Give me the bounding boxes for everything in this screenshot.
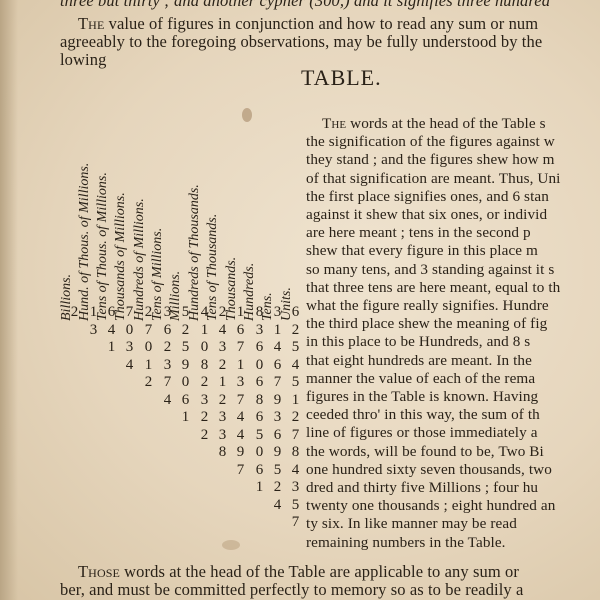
table-digit: 0 — [178, 374, 193, 391]
text-line: of that signification are meant. Thus, U… — [306, 170, 560, 188]
table-digit: 3 — [197, 392, 212, 409]
table-digit: 2 — [215, 357, 230, 374]
text-line: agreeably to the foregoing observations,… — [60, 32, 542, 52]
text-line: line of figures or those immediately a — [306, 424, 538, 442]
text-line: value of figures in conjunction and how … — [104, 14, 538, 33]
table-digit: 1 — [233, 304, 248, 321]
table-digit: 2 — [197, 374, 212, 391]
table-digit: 4 — [122, 357, 137, 374]
table-digit: 1 — [215, 374, 230, 391]
text-line: one hundred sixty seven thousands, two — [306, 461, 552, 479]
table-digit: 0 — [122, 322, 137, 339]
table-digit: 9 — [178, 357, 193, 374]
table-digit: 1 — [197, 322, 212, 339]
table-digit: 9 — [233, 444, 248, 461]
table-digit: 3 — [160, 304, 175, 321]
table-digit: 2 — [141, 374, 156, 391]
table-digit: 1 — [288, 392, 303, 409]
table-digit: 4 — [288, 462, 303, 479]
table-digit: 0 — [141, 339, 156, 356]
column-header: Hund. of Thous. of Millions. — [77, 163, 93, 321]
text-line: ber, and must be committed perfectly to … — [60, 580, 523, 600]
table-digit: 3 — [215, 409, 230, 426]
table-digit: 5 — [178, 304, 193, 321]
table-digit: 6 — [160, 322, 175, 339]
table-digit: 6 — [178, 392, 193, 409]
text-line: three but thirty ; and another cypher (3… — [60, 0, 550, 11]
text-line: are here meant ; tens in the second p — [306, 224, 531, 242]
table-digit: 2 — [67, 304, 82, 321]
text-line: ty six. In like manner may be read — [306, 515, 517, 533]
table-digit: 1 — [178, 409, 193, 426]
table-digit: 6 — [252, 409, 267, 426]
page-gutter-shadow — [0, 0, 18, 600]
text-line: remaining numbers in the Table. — [306, 534, 506, 552]
text-line: that eight hundreds are meant. In the — [306, 352, 532, 370]
paragraph-lead: The — [78, 14, 104, 33]
table-digit: 2 — [197, 409, 212, 426]
table-digit: 0 — [197, 339, 212, 356]
table-digit: 8 — [215, 444, 230, 461]
column-header: Thousands of Millions. — [113, 192, 129, 321]
table-digit: 9 — [270, 444, 285, 461]
table-digit: 6 — [252, 374, 267, 391]
table-digit: 5 — [288, 339, 303, 356]
table-digit: 4 — [288, 357, 303, 374]
table-digit: 2 — [141, 304, 156, 321]
table-digit: 6 — [288, 304, 303, 321]
text-line: what the figure really signifies. Hundre — [306, 297, 549, 315]
table-digit: 3 — [270, 304, 285, 321]
column-header: Tens of Thous. of Millions. — [95, 172, 111, 321]
table-digit: 3 — [252, 322, 267, 339]
text-line: the first place signifies ones, and 6 st… — [306, 188, 549, 206]
text-line: words at the head of the Table are appli… — [120, 562, 519, 581]
table-digit: 2 — [160, 339, 175, 356]
text-line: in this place to be Hundreds, and 8 s — [306, 333, 530, 351]
ink-stain — [242, 108, 252, 122]
column-header: Hundreds of Millions. — [132, 198, 148, 321]
table-digit: 2 — [288, 409, 303, 426]
table-digit: 1 — [233, 357, 248, 374]
text-line: twenty one thousands ; eight hundred an — [306, 497, 555, 515]
table-digit: 4 — [233, 427, 248, 444]
table-digit: 4 — [233, 409, 248, 426]
table-digit: 2 — [270, 479, 285, 496]
table-digit: 6 — [252, 339, 267, 356]
text-line: shew that every figure in this place m — [306, 242, 538, 260]
text-line: dred and thirty five Millions ; four hu — [306, 479, 538, 497]
table-digit: 9 — [270, 392, 285, 409]
table-digit: 0 — [252, 357, 267, 374]
text-line: ceeded thro' in this way, the sum of th — [306, 406, 540, 424]
text-line: the signification of the figures against… — [306, 133, 555, 151]
table-digit: 3 — [270, 409, 285, 426]
table-digit: 3 — [215, 427, 230, 444]
table-digit: 8 — [197, 357, 212, 374]
table-digit: 7 — [233, 339, 248, 356]
table-digit: 3 — [288, 479, 303, 496]
text-line: words at the head of the Table s — [346, 115, 545, 132]
text-line: figures in the Table is known. Having — [306, 388, 538, 406]
table-digit: 4 — [215, 322, 230, 339]
table-digit: 4 — [270, 339, 285, 356]
table-digit: 8 — [288, 444, 303, 461]
table-digit: 3 — [233, 374, 248, 391]
table-digit: 1 — [252, 479, 267, 496]
table-digit: 1 — [104, 339, 119, 356]
table-digit: 8 — [252, 304, 267, 321]
table-digit: 2 — [178, 322, 193, 339]
paragraph-lead: The — [322, 115, 346, 132]
table-digit: 5 — [288, 497, 303, 514]
table-digit: 2 — [197, 427, 212, 444]
text-line: the third place shew the meaning of fig — [306, 315, 547, 333]
table-digit: 3 — [86, 322, 101, 339]
text-line: so many tens, and 3 standing against it … — [306, 261, 554, 279]
table-title: TABLE. — [301, 65, 382, 91]
column-header: Hundreds of Thousands. — [187, 184, 203, 321]
text-line: that three tens are here meant, equal to… — [306, 279, 560, 297]
table-digit: 5 — [252, 427, 267, 444]
table-digit: 5 — [270, 462, 285, 479]
table-digit: 7 — [270, 374, 285, 391]
table-digit: 2 — [215, 392, 230, 409]
ink-stain — [222, 540, 240, 550]
table-digit: 3 — [122, 339, 137, 356]
table-digit: 2 — [288, 322, 303, 339]
text-line: they stand ; and the figures shew how m — [306, 151, 555, 169]
paragraph-lead: Those — [78, 562, 120, 581]
table-digit: 7 — [233, 392, 248, 409]
table-digit: 2 — [215, 304, 230, 321]
table-digit: 7 — [122, 304, 137, 321]
table-digit: 7 — [160, 374, 175, 391]
table-digit: 4 — [270, 497, 285, 514]
table-digit: 1 — [86, 304, 101, 321]
table-digit: 6 — [104, 304, 119, 321]
table-digit: 7 — [288, 514, 303, 531]
text-line: against it shew that six ones, or indivi… — [306, 206, 547, 224]
table-digit: 5 — [288, 374, 303, 391]
table-digit: 4 — [197, 304, 212, 321]
table-digit: 7 — [233, 462, 248, 479]
table-digit: 6 — [252, 462, 267, 479]
table-digit: 6 — [270, 427, 285, 444]
text-line: the words, will be found to be, Two Bi — [306, 443, 544, 461]
table-digit: 4 — [160, 392, 175, 409]
table-digit: 3 — [215, 339, 230, 356]
table-digit: 1 — [141, 357, 156, 374]
table-digit: 0 — [252, 444, 267, 461]
text-line: manner the value of each of the rema — [306, 370, 535, 388]
text-line: lowing — [60, 50, 106, 70]
table-digit: 4 — [104, 322, 119, 339]
table-digit: 3 — [160, 357, 175, 374]
table-digit: 7 — [288, 427, 303, 444]
table-digit: 7 — [141, 322, 156, 339]
table-digit: 6 — [233, 322, 248, 339]
table-digit: 6 — [270, 357, 285, 374]
table-digit: 5 — [178, 339, 193, 356]
table-digit: 8 — [252, 392, 267, 409]
table-digit: 1 — [270, 322, 285, 339]
